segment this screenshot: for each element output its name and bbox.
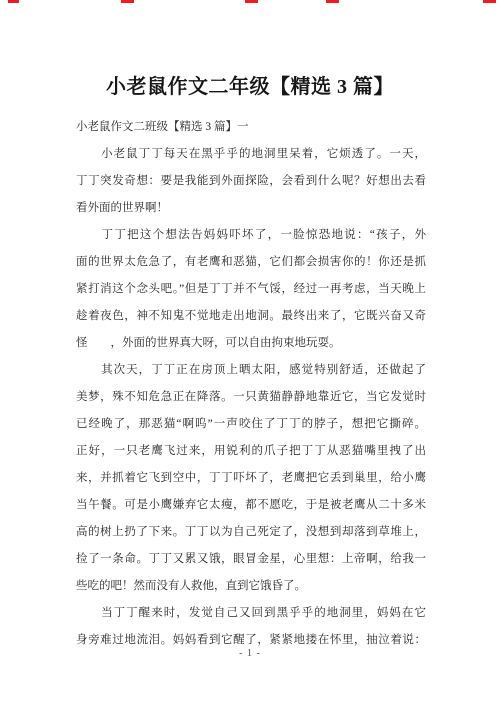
text-line: 正好，一只老鹰飞过来，用锐利的爪子把丁丁从恶猫嘴里拽了出 — [76, 438, 426, 465]
text-line: 紧打消这个念头吧。”但是丁丁并不气馁，经过一再考虑，当天晚上 — [76, 276, 426, 303]
text-line: 趁着夜色，神不知鬼不觉地走出地洞。最终出来了，它既兴奋又奇 — [76, 303, 426, 330]
red-dash-mark — [483, 0, 496, 3]
red-dash-mark — [121, 0, 134, 3]
page-number: - 1 - — [0, 648, 500, 659]
document-page: { "decor": { "accent_red": "#ee1d24", "t… — [0, 0, 500, 707]
text-line: 当午餐。可是小鹰嫌弃它太瘦，都不愿吃，于是被老鹰从二十多米 — [76, 492, 426, 519]
text-line: 面的世界太危急了，有老鹰和恶猫，它们都会损害你的！你还是抓 — [76, 249, 426, 276]
text-line: 些吃的吧！然而没有人救他，直到它饿昏了。 — [76, 573, 426, 600]
red-dash-mark — [326, 0, 339, 3]
document-title: 小老鼠作文二年级【精选 3 篇】 — [0, 70, 500, 99]
text-line: 当丁丁醒来时，发觉自己又回到黑乎乎的地洞里，妈妈在它 — [76, 600, 426, 627]
text-line: 看外面的世界啊！ — [76, 195, 426, 222]
text-line: 小老鼠作文二班级【精选 3 篇】一 — [76, 114, 426, 141]
text-line: 其次天，丁丁正在房顶上晒太阳，感觉特别舒适，还做起了 — [76, 357, 426, 384]
text-line: 高的树上扔了下来。丁丁以为自己死定了，没想到却落到草堆上， — [76, 519, 426, 546]
text-line: 怪 ，外面的世界真大呀，可以自由拘束地玩耍。 — [76, 330, 426, 357]
document-body: 小老鼠作文二班级【精选 3 篇】一 小老鼠丁丁每天在黑乎乎的地洞里呆着，它烦透了… — [76, 114, 426, 654]
text-line: 捡了一条命。丁丁又累又饿，眼冒金星，心里想：上帝啊，给我一 — [76, 546, 426, 573]
text-line: 美梦，殊不知危急正在降落。一只黄猫静静地靠近它，当它发觉时 — [76, 384, 426, 411]
text-line: 丁丁把这个想法告妈妈吓坏了，一脸惊恐地说：“孩子，外 — [76, 222, 426, 249]
text-line: 来，并抓着它飞到空中，丁丁吓坏了，老鹰把它丢到巢里，给小鹰 — [76, 465, 426, 492]
red-dash-mark — [245, 0, 258, 3]
text-line: 已经晚了，那恶猫“啊呜”一声咬住了丁丁的脖子，想把它撕碎。 — [76, 411, 426, 438]
text-line: 小老鼠丁丁每天在黑乎乎的地洞里呆着，它烦透了。一天， — [76, 141, 426, 168]
text-line: 丁丁突发奇想：要是我能到外面探险，会看到什么呢？好想出去看 — [76, 168, 426, 195]
red-dash-mark — [8, 0, 19, 3]
